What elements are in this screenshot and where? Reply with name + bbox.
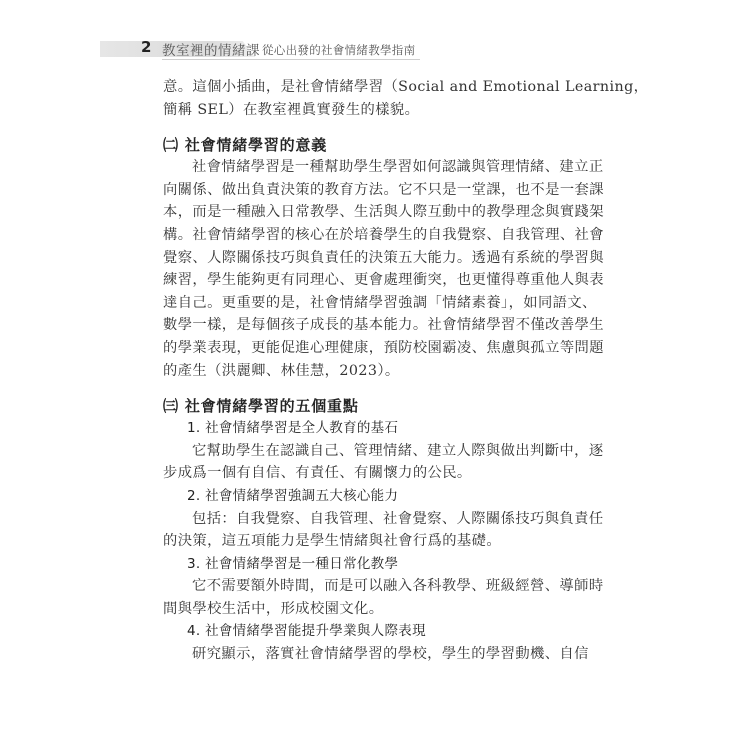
text-line: 本，而是一種融入日常教學、生活與人際互動中的教學理念與實踐架 bbox=[163, 201, 583, 224]
running-header: 2 教室裡的情緒課 從心出發的社會情緒教學指南 bbox=[100, 38, 420, 60]
book-subtitle: 從心出發的社會情緒教學指南 bbox=[262, 42, 415, 58]
text-line: 練習，學生能夠更有同理心、更會處理衝突，也更懂得尊重他人與表 bbox=[163, 269, 583, 292]
text-line: 的決策，這五項能力是學生情緒與社會行爲的基礎。 bbox=[163, 530, 583, 553]
text-line: 的產生（洪麗卿、林佳慧，2023）。 bbox=[163, 360, 583, 383]
text-line: 意。這個小插曲，是社會情緒學習（Social and Emotional Lea… bbox=[163, 76, 583, 99]
list-item: 1. 社會情緒學習是全人教育的基石 它幫助學生在認識自己、管理情緒、建立人際與做… bbox=[163, 417, 583, 485]
text-line: 簡稱 SEL）在教室裡眞實發生的樣貌。 bbox=[163, 99, 583, 122]
text-line: 研究顯示，落實社會情緒學習的學校，學生的學習動機、自信 bbox=[163, 643, 583, 666]
text-line: 它不需要額外時間，而是可以融入各科教學、班級經營、導師時 bbox=[163, 575, 583, 598]
text-line: 它幫助學生在認識自己、管理情緒、建立人際與做出判斷中，逐 bbox=[163, 440, 583, 463]
text-line: 步成爲一個有自信、有責任、有關懷力的公民。 bbox=[163, 462, 583, 485]
text-line: 包括：自我覺察、自我管理、社會覺察、人際關係技巧與負責任 bbox=[163, 508, 583, 531]
item-heading: 3. 社會情緒學習是一種日常化教學 bbox=[163, 553, 583, 576]
page-body: 意。這個小插曲，是社會情緒學習（Social and Emotional Lea… bbox=[163, 76, 583, 666]
item-heading: 1. 社會情緒學習是全人教育的基石 bbox=[163, 417, 583, 440]
book-title: 教室裡的情緒課 bbox=[162, 39, 260, 59]
header-underline bbox=[162, 59, 420, 60]
text-line: 達自己。更重要的是，社會情緒學習強調「情緒素養」，如同語文、 bbox=[163, 292, 583, 315]
section-heading: ㈡ 社會情緒學習的意義 bbox=[163, 134, 583, 156]
text-line: 社會情緒學習是一種幫助學生學習如何認識與管理情緒、建立正 bbox=[163, 156, 583, 179]
page-number: 2 bbox=[141, 38, 151, 56]
list-item: 2. 社會情緒學習強調五大核心能力 包括：自我覺察、自我管理、社會覺察、人際關係… bbox=[163, 485, 583, 553]
text-line: 間與學校生活中，形成校園文化。 bbox=[163, 598, 583, 621]
text-line: 的學業表現，更能促進心理健康，預防校園霸凌、焦慮與孤立等問題 bbox=[163, 337, 583, 360]
item-heading: 4. 社會情緒學習能提升學業與人際表現 bbox=[163, 620, 583, 643]
text-line: 構。社會情緒學習的核心在於培養學生的自我覺察、自我管理、社會 bbox=[163, 224, 583, 247]
intro-paragraph: 意。這個小插曲，是社會情緒學習（Social and Emotional Lea… bbox=[163, 76, 583, 121]
section-paragraph: 社會情緒學習是一種幫助學生學習如何認識與管理情緒、建立正 向關係、做出負責決策的… bbox=[163, 156, 583, 382]
list-item: 3. 社會情緒學習是一種日常化教學 它不需要額外時間，而是可以融入各科教學、班級… bbox=[163, 553, 583, 621]
section-heading: ㈢ 社會情緒學習的五個重點 bbox=[163, 395, 583, 417]
item-heading: 2. 社會情緒學習強調五大核心能力 bbox=[163, 485, 583, 508]
text-line: 向關係、做出負責決策的教育方法。它不只是一堂課，也不是一套課 bbox=[163, 179, 583, 202]
list-item: 4. 社會情緒學習能提升學業與人際表現 研究顯示，落實社會情緒學習的學校，學生的… bbox=[163, 620, 583, 665]
text-line: 數學一樣，是每個孩子成長的基本能力。社會情緒學習不僅改善學生 bbox=[163, 314, 583, 337]
text-line: 覺察、人際關係技巧與負責任的決策五大能力。透過有系統的學習與 bbox=[163, 247, 583, 270]
